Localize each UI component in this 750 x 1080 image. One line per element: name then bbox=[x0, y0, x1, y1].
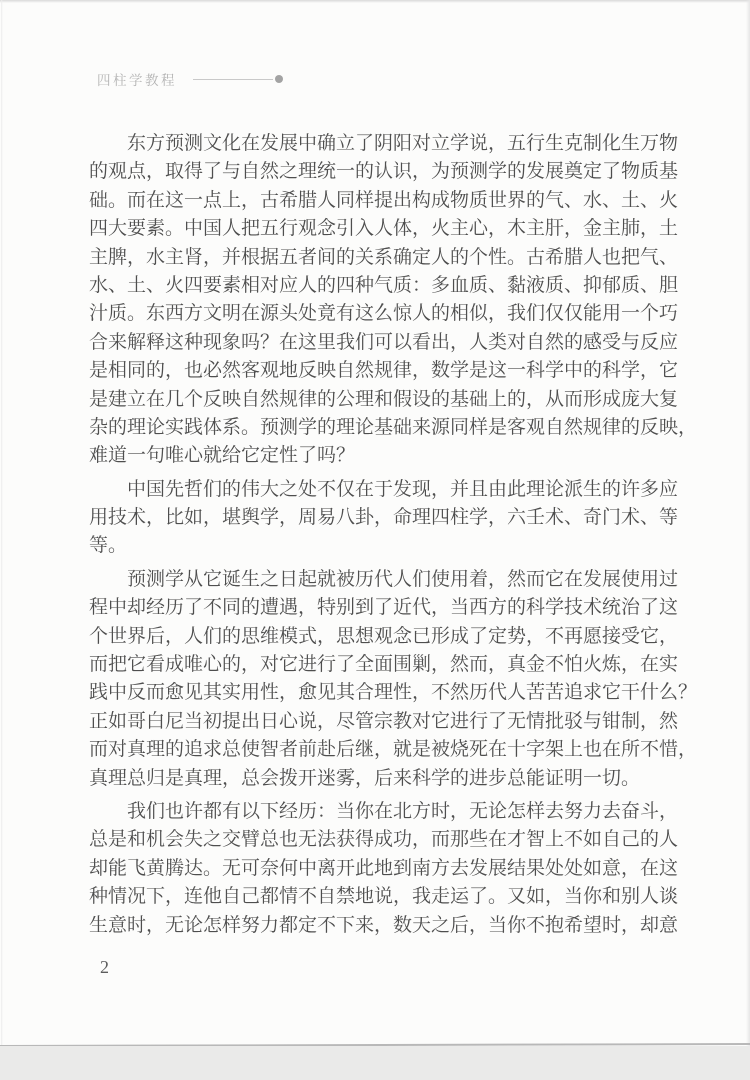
text-line: 而对真理的追求总使智者前赴后继，就是被烧死在十字架上也在所不惜， bbox=[89, 736, 667, 764]
text-line: 中国先哲们的伟大之处不仅在于发现，并且由此理论派生的许多应 bbox=[89, 476, 667, 504]
text-line: 而把它看成唯心的，对它进行了全面围剿，然而，真金不怕火炼，在实 bbox=[89, 651, 667, 679]
text-line: 主脾，水主肾，并根据五者间的关系确定人的个性。古希腊人也把气、 bbox=[89, 244, 667, 272]
text-line: 杂的理论实践体系。预测学的理论基础来源同样是客观自然规律的反映， bbox=[89, 414, 667, 442]
text-line: 我们也许都有以下经历：当你在北方时，无论怎样去努力去奋斗， bbox=[89, 798, 667, 826]
paragraph: 中国先哲们的伟大之处不仅在于发现，并且由此理论派生的许多应用技术，比如，堪舆学，… bbox=[89, 476, 667, 561]
text-line: 却能飞黄腾达。无可奈何中离开此地到南方去发展结果处处如意，在这 bbox=[89, 855, 667, 883]
body-text: 东方预测文化在发展中确立了阴阳对立学说，五行生克制化生万物的观点，取得了与自然之… bbox=[89, 130, 667, 945]
text-line: 四大要素。中国人把五行观念引入人体，火主心，木主肝，金主肺，土 bbox=[89, 215, 667, 243]
text-line: 种情况下，连他自己都情不自禁地说，我走运了。又如，当你和别人谈 bbox=[89, 883, 667, 911]
text-line: 预测学从它诞生之日起就被历代人们使用着，然而它在发展使用过 bbox=[89, 566, 667, 594]
paragraph: 我们也许都有以下经历：当你在北方时，无论怎样去努力去奋斗，总是和机会失之交臂总也… bbox=[89, 798, 667, 940]
text-line: 水、土、火四要素相对应人的四种气质：多血质、黏液质、抑郁质、胆 bbox=[89, 272, 667, 300]
text-line: 汁质。东西方文明在源头处竟有这么惊人的相似，我们仅仅能用一个巧 bbox=[89, 300, 667, 328]
page-number: 2 bbox=[100, 957, 109, 978]
text-line: 生意时，无论怎样努力都定不下来，数天之后，当你不抱希望时，却意 bbox=[89, 912, 667, 940]
running-head: 四柱学教程 bbox=[97, 70, 283, 88]
text-line: 总是和机会失之交臂总也无法获得成功，而那些在才智上不如自己的人 bbox=[89, 826, 667, 854]
text-line: 东方预测文化在发展中确立了阴阳对立学说，五行生克制化生万物 bbox=[89, 130, 667, 158]
text-line: 难道一句唯心就给它定性了吗？ bbox=[89, 442, 667, 470]
text-line: 的观点，取得了与自然之理统一的认识，为预测学的发展奠定了物质基 bbox=[89, 158, 667, 186]
running-head-rule bbox=[193, 79, 273, 80]
text-line: 础。而在这一点上，古希腊人同样提出构成物质世界的气、水、土、火 bbox=[89, 187, 667, 215]
running-head-title: 四柱学教程 bbox=[97, 69, 177, 89]
scan-edge-right bbox=[746, 0, 750, 1046]
text-line: 合来解释这种现象吗？在这里我们可以看出，人类对自然的感受与反应 bbox=[89, 329, 667, 357]
scan-edge-left bbox=[1, 0, 3, 1046]
text-line: 用技术，比如，堪舆学，周易八卦，命理四柱学，六壬术、奇门术、等 bbox=[89, 504, 667, 532]
text-line: 践中反而愈见其实用性，愈见其合理性，不然历代人苦苦追求它干什么？ bbox=[89, 679, 667, 707]
scan-edge-top bbox=[0, 0, 750, 3]
text-line: 等。 bbox=[89, 532, 667, 560]
text-line: 程中却经历了不同的遭遇，特别到了近代，当西方的科学技术统治了这 bbox=[89, 594, 667, 622]
text-line: 是建立在几个反映自然规律的公理和假设的基础上的，从而形成庞大复 bbox=[89, 386, 667, 414]
text-line: 是相同的，也必然客观地反映自然规律，数学是这一科学中的科学，它 bbox=[89, 357, 667, 385]
paragraph: 东方预测文化在发展中确立了阴阳对立学说，五行生克制化生万物的观点，取得了与自然之… bbox=[89, 130, 667, 471]
paragraph: 预测学从它诞生之日起就被历代人们使用着，然而它在发展使用过程中却经历了不同的遭遇… bbox=[89, 566, 667, 793]
text-line: 个世界后，人们的思维模式，思想观念已形成了定势，不再愿接受它， bbox=[89, 623, 667, 651]
text-line: 正如哥白尼当初提出日心说，尽管宗教对它进行了无情批驳与钳制，然 bbox=[89, 708, 667, 736]
scan-bottom-band bbox=[0, 1046, 750, 1080]
running-head-dot-icon bbox=[275, 75, 283, 83]
text-line: 真理总归是真理，总会拨开迷雾，后来科学的进步总能证明一切。 bbox=[89, 765, 667, 793]
scanned-book-page: 四柱学教程 东方预测文化在发展中确立了阴阳对立学说，五行生克制化生万物的观点，取… bbox=[0, 0, 750, 1080]
